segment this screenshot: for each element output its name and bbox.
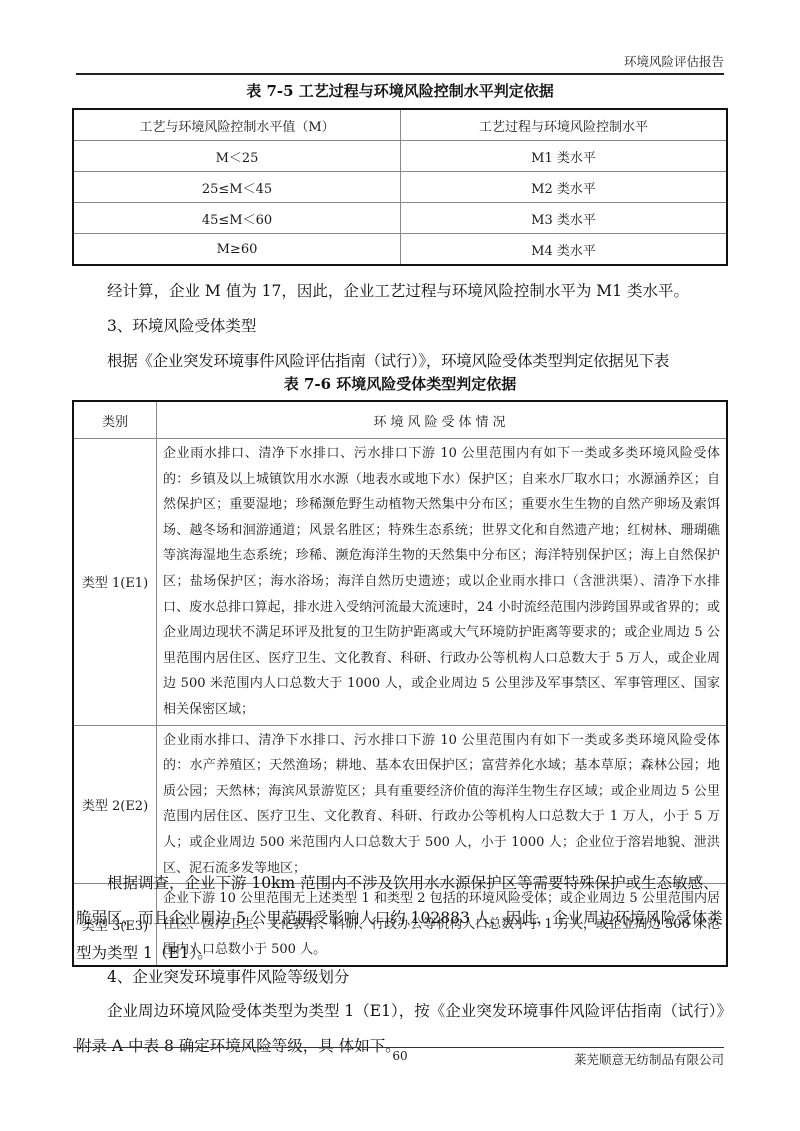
table-7-5: 工艺与环境风险控制水平值（M） 工艺过程与环境风险控制水平 M＜25 M1 类水… xyxy=(72,108,728,266)
table-header-row: 类别 环境风险受体情况 xyxy=(73,401,727,439)
table-cell: 25≤M＜45 xyxy=(73,172,401,203)
survey-paragraph: 根据调查，企业下游 10km 范围内不涉及饮用水水源保护区等需要特殊保护或生态敏… xyxy=(76,866,726,971)
category-cell: 类型 2(E2) xyxy=(73,725,157,884)
column-header: 环境风险受体情况 xyxy=(157,401,728,439)
section-heading-4: 4、企业突发环境事件风险等级划分 xyxy=(76,960,726,995)
table-cell: M＜25 xyxy=(73,141,401,172)
footer-rule xyxy=(73,1047,724,1048)
table-row: M≥60 M4 类水平 xyxy=(73,234,727,266)
table-header-row: 工艺与环境风险控制水平值（M） 工艺过程与环境风险控制水平 xyxy=(73,109,727,141)
table-row: M＜25 M1 类水平 xyxy=(73,141,727,172)
description-cell: 企业雨水排口、清净下水排口、污水排口下游 10 公里范围内有如下一类或多类环境风… xyxy=(157,439,728,726)
calculation-paragraph: 经计算，企业 M 值为 17，因此，企业工艺过程与环境风险控制水平为 M1 类水… xyxy=(76,274,726,309)
category-cell: 类型 1(E1) xyxy=(73,439,157,726)
column-header: 工艺过程与环境风险控制水平 xyxy=(401,109,728,141)
table-row: 25≤M＜45 M2 类水平 xyxy=(73,172,727,203)
table-row: 类型 2(E2) 企业雨水排口、清净下水排口、污水排口下游 10 公里范围内有如… xyxy=(73,725,727,884)
description-cell: 企业雨水排口、清净下水排口、污水排口下游 10 公里范围内有如下一类或多类环境风… xyxy=(157,725,728,884)
table-cell: M≥60 xyxy=(73,234,401,266)
table-cell: M1 类水平 xyxy=(401,141,728,172)
table-cell: M4 类水平 xyxy=(401,234,728,266)
table-7-6-caption: 表 7-6 环境风险受体类型判定依据 xyxy=(0,373,800,394)
column-header: 工艺与环境风险控制水平值（M） xyxy=(73,109,401,141)
table-cell: M2 类水平 xyxy=(401,172,728,203)
section-heading-3: 3、环境风险受体类型 xyxy=(76,309,726,344)
company-name: 莱芜顺意无纺制品有限公司 xyxy=(574,1050,724,1068)
column-header: 类别 xyxy=(73,401,157,439)
running-head: 环境风险评估报告 xyxy=(624,52,724,70)
table-cell: M3 类水平 xyxy=(401,203,728,234)
header-rule xyxy=(76,73,724,75)
table-7-5-caption: 表 7-5 工艺过程与环境风险控制水平判定依据 xyxy=(0,80,800,101)
table-cell: 45≤M＜60 xyxy=(73,203,401,234)
table-row: 类型 1(E1) 企业雨水排口、清净下水排口、污水排口下游 10 公里范围内有如… xyxy=(73,439,727,726)
table-row: 45≤M＜60 M3 类水平 xyxy=(73,203,727,234)
